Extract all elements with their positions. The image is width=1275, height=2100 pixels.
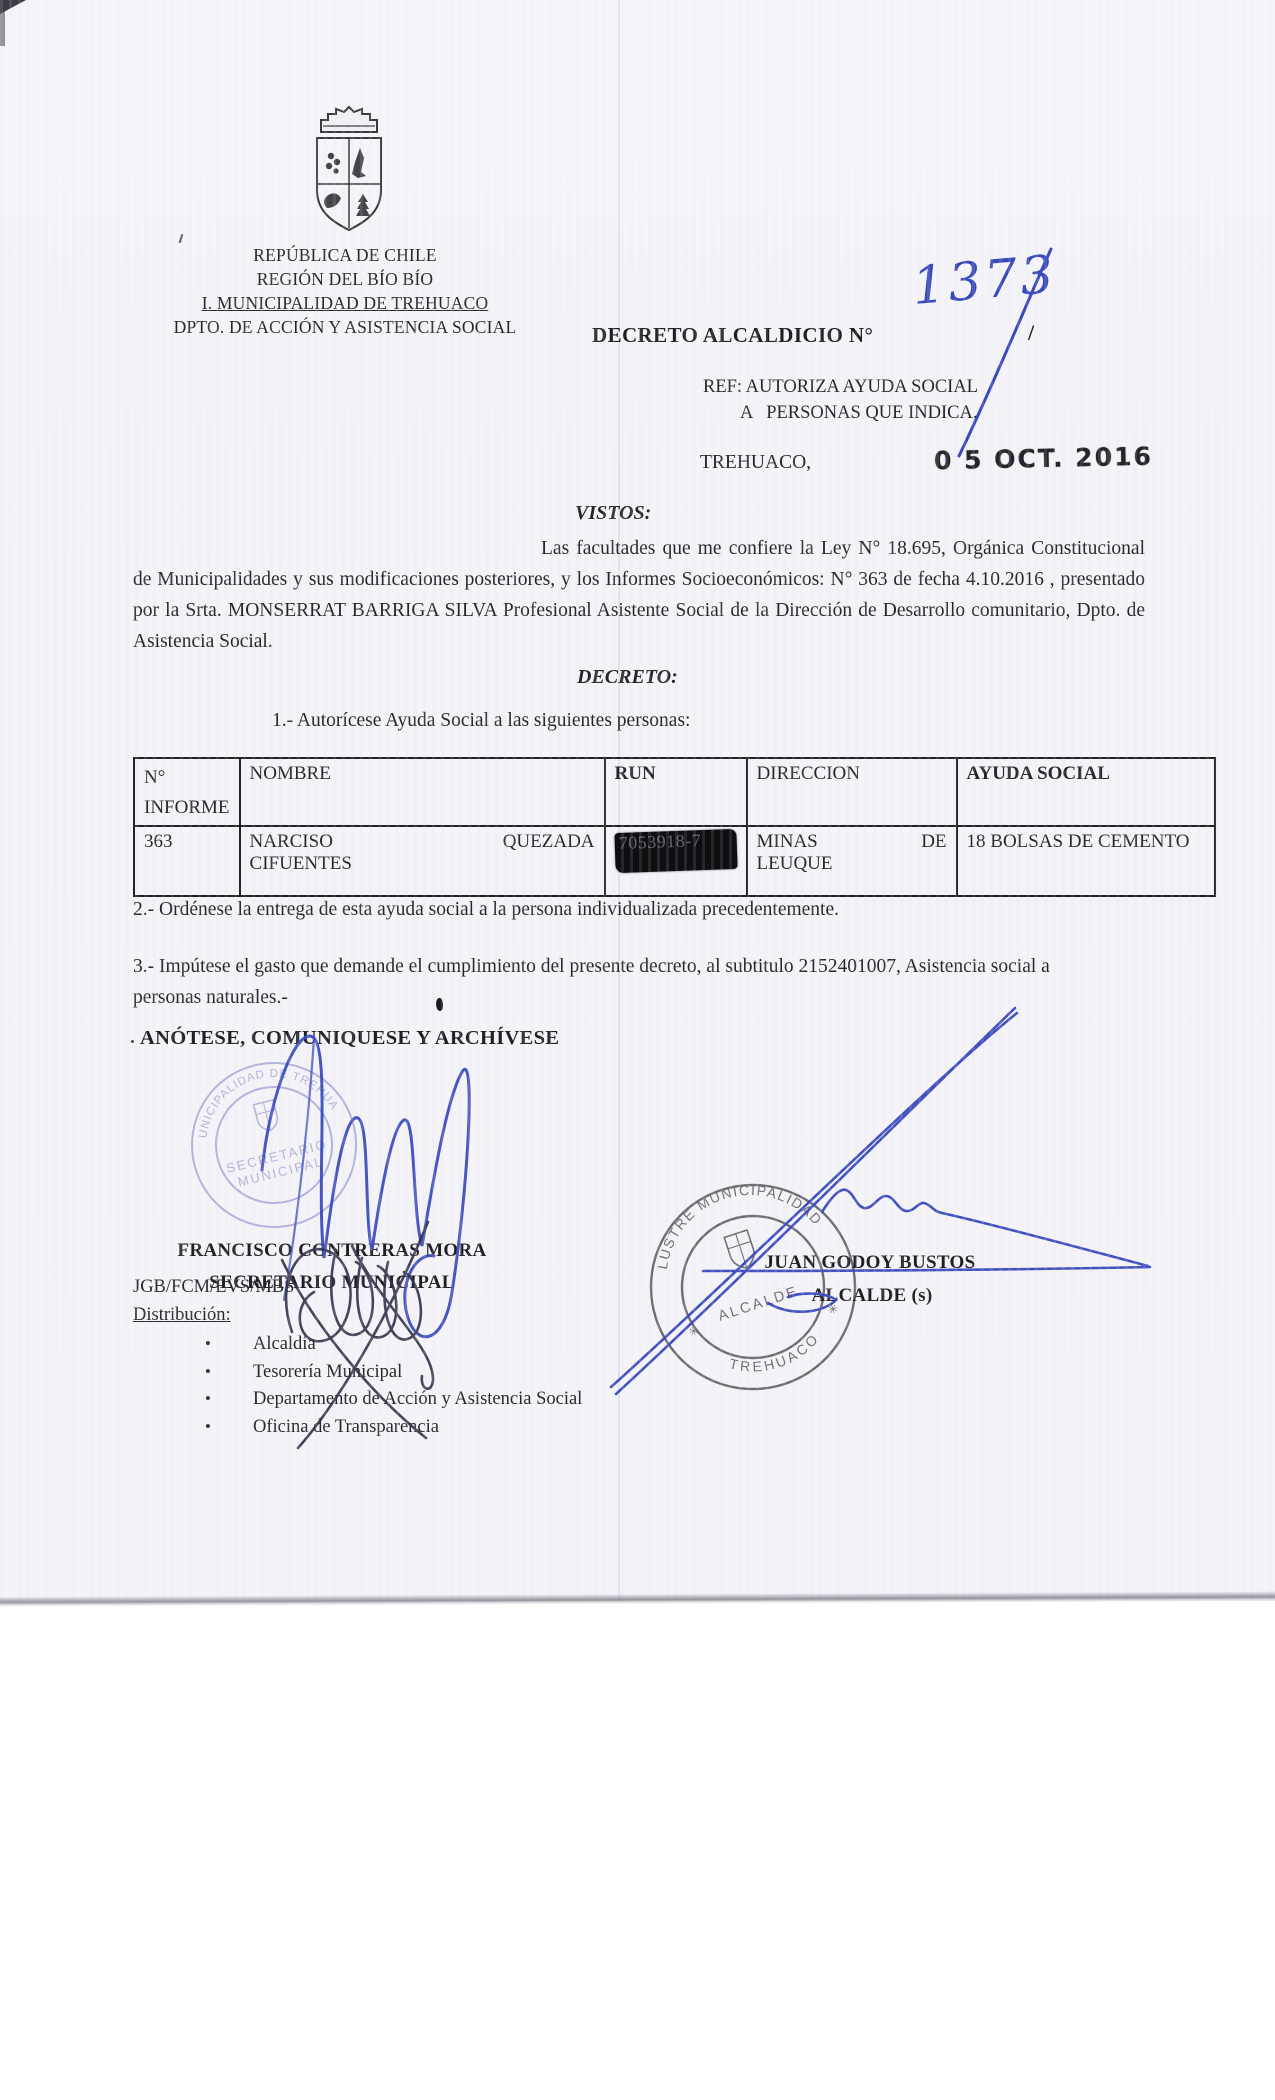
- scan-background: REPÚBLICA DE CHILE REGIÓN DEL BÍO BÍO I.…: [0, 0, 1275, 1601]
- right-stamp-ring-bottom: TREHUACO: [724, 1327, 828, 1386]
- col-header-ayuda: AYUDA SOCIAL: [957, 758, 1215, 826]
- date-stamp: 0 5 OCT. 2016: [934, 442, 1153, 476]
- signature-scrawl-dark: [282, 1222, 433, 1448]
- letterhead-country: REPÚBLICA DE CHILE: [120, 243, 570, 267]
- cell-nombre: NARCISO QUEZADA CIFUENTES: [240, 826, 605, 896]
- beneficiaries-table: N° INFORME NOMBRE RUN DIRECCION AYUDA SO…: [133, 757, 1216, 897]
- right-stamp-star-right: ✳: [826, 1301, 840, 1317]
- redacted-run-value: 7053918-7: [618, 830, 701, 854]
- letterhead: REPÚBLICA DE CHILE REGIÓN DEL BÍO BÍO I.…: [120, 243, 570, 339]
- bullet-icon: •: [205, 1417, 217, 1437]
- svg-text:TREHUACO: TREHUACO: [724, 1327, 828, 1386]
- cell-run: 7053918-7: [605, 826, 747, 896]
- printed-slash: /: [1028, 320, 1034, 346]
- right-stamp-title: ALCALDE: [716, 1284, 800, 1325]
- decree-place: TREHUACO,: [700, 452, 811, 474]
- right-stamp-ring-top: ILUSTRE MUNICIPALIDAD: [617, 1151, 828, 1286]
- paper-fold-line: [618, 0, 620, 1601]
- secretary-municipal-stamp: I. MUNICIPALIDAD DE TREHUACO SECRETARIO …: [167, 1038, 380, 1251]
- left-stamp-title1: SECRETARIO: [225, 1136, 329, 1176]
- decree-point-2: 2.- Ordénese la entrega de esta ayuda so…: [133, 899, 839, 921]
- distribution-label: Distribución:: [133, 1305, 231, 1326]
- svg-text:I. MUNICIPALIDAD DE TREHUACO: I. MUNICIPALIDAD DE TREHUACO: [167, 1038, 341, 1150]
- cell-ayuda: 18 BOLSAS DE CEMENTO: [957, 826, 1215, 896]
- decree-ref-line1: REF: AUTORIZA AYUDA SOCIAL: [703, 377, 978, 398]
- secretary-title: SECRETARIO MUNICIPAL: [209, 1272, 454, 1294]
- secretary-name: FRANCISCO CONTRERAS MORA: [177, 1240, 486, 1262]
- col-header-run: RUN: [605, 758, 747, 826]
- letterhead-region: REGIÓN DEL BÍO BÍO: [120, 267, 570, 291]
- anotese-heading: ANÓTESE, COMUNIQUESE Y ARCHÍVESE: [140, 1027, 559, 1050]
- list-item: •Oficina de Transparencia: [205, 1417, 582, 1445]
- letterhead-department: DPTO. DE ACCIÓN Y ASISTENCIA SOCIAL: [120, 315, 570, 339]
- redaction-box: 7053918-7: [614, 829, 737, 873]
- decree-point-3: 3.- Impútese el gasto que demande el cum…: [133, 951, 1073, 1013]
- distribution-list: •Alcaldía •Tesorería Municipal •Departam…: [205, 1334, 582, 1444]
- pen-ink-overlay: 1373: [0, 0, 1275, 1601]
- list-item: •Tesorería Municipal: [205, 1362, 582, 1390]
- alcalde-stamp: ILUSTRE MUNICIPALIDAD TREHUACO ALCALDE ✳…: [617, 1151, 889, 1423]
- alcalde-title: ALCALDE (s): [811, 1285, 932, 1307]
- alcalde-name: JUAN GODOY BUSTOS: [765, 1252, 976, 1274]
- cell-informe: 363: [134, 826, 240, 896]
- pen-slash: [959, 249, 1051, 456]
- decree-ref-line2: A PERSONAS QUE INDICA.: [740, 403, 977, 424]
- table-header-row: N° INFORME NOMBRE RUN DIRECCION AYUDA SO…: [134, 758, 1215, 826]
- signature-secretary: [262, 1036, 469, 1337]
- document-page: REPÚBLICA DE CHILE REGIÓN DEL BÍO BÍO I.…: [0, 0, 1275, 2100]
- list-item: •Alcaldía: [205, 1334, 582, 1362]
- left-stamp-title2: MUNICIPAL: [236, 1154, 325, 1190]
- cell-direccion: MINAS DE LEUQUE: [747, 826, 957, 896]
- vistos-paragraph: Las facultades que me confiere la Ley N°…: [133, 533, 1145, 657]
- initials-line: JGB/FCM/EVS/MBS: [133, 1277, 294, 1298]
- decreto-label: DECRETO:: [577, 666, 678, 689]
- right-stamp-star-left: ✳: [687, 1323, 701, 1339]
- table-row: 363 NARCISO QUEZADA CIFUENTES 7053918-7 …: [134, 826, 1215, 896]
- stray-pen-tick: [179, 234, 184, 243]
- bullet-icon: •: [205, 1334, 217, 1354]
- scan-corner-artifact: [0, 0, 26, 14]
- list-item: •Departamento de Acción y Asistencia Soc…: [205, 1389, 582, 1417]
- col-header-nombre: NOMBRE: [240, 758, 605, 826]
- decree-point-1: 1.- Autorícese Ayuda Social a las siguie…: [272, 710, 690, 732]
- letterhead-municipality: I. MUNICIPALIDAD DE TREHUACO: [120, 291, 570, 315]
- col-header-direccion: DIRECCION: [747, 758, 957, 826]
- ink-blot: [435, 998, 444, 1012]
- vistos-label: VISTOS:: [575, 502, 651, 525]
- handwritten-decree-number: 1373: [910, 245, 1059, 317]
- col-header-informe: N° INFORME: [134, 758, 240, 826]
- bullet-icon: •: [205, 1389, 217, 1409]
- svg-text:1373: 1373: [910, 245, 1059, 317]
- stray-dot: [131, 1040, 134, 1043]
- decree-title: DECRETO ALCALDICIO N°: [592, 323, 873, 348]
- left-stamp-ring-text: I. MUNICIPALIDAD DE TREHUACO: [167, 1038, 341, 1150]
- coat-of-arms: [303, 100, 395, 238]
- scan-edge-artifact: [0, 0, 5, 46]
- bullet-icon: •: [205, 1362, 217, 1382]
- svg-text:ILUSTRE MUNICIPALIDAD: ILUSTRE MUNICIPALIDAD: [617, 1151, 828, 1286]
- signature-alcalde: [611, 1008, 1150, 1394]
